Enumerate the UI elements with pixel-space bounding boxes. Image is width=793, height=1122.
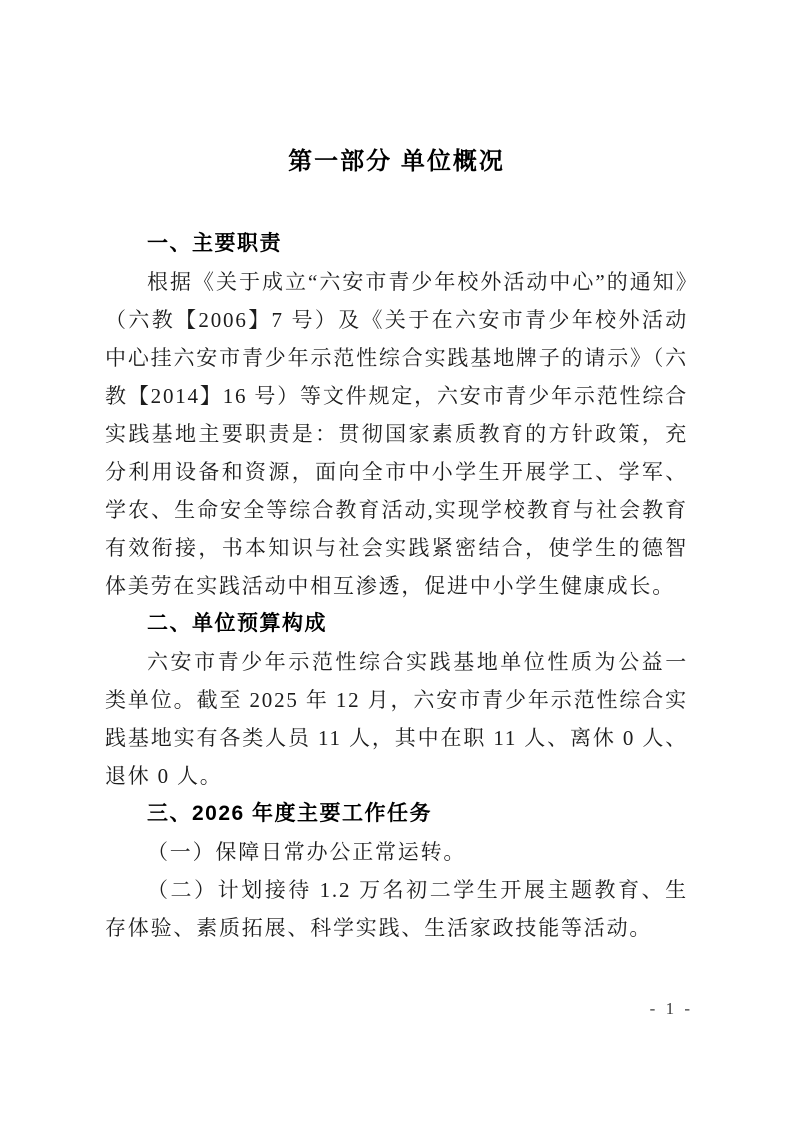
body-paragraph: 六安市青少年示范性综合实践基地单位性质为公益一类单位。截至 2025 年 12 … (105, 643, 688, 795)
page-number: - 1 - (650, 999, 693, 1019)
page-title: 第一部分 单位概况 (105, 146, 688, 178)
section-heading-main-duties: 一、主要职责 (105, 225, 688, 263)
document-page: 第一部分 单位概况 一、主要职责 根据《关于成立“六安市青少年校外活动中心”的通… (0, 0, 793, 1122)
section-work-tasks: 三、2026 年度主要工作任务 （一）保障日常办公正常运转。 （二）计划接待 1… (105, 795, 688, 947)
section-budget-composition: 二、单位预算构成 六安市青少年示范性综合实践基地单位性质为公益一类单位。截至 2… (105, 605, 688, 795)
section-heading-budget-composition: 二、单位预算构成 (105, 605, 688, 643)
body-paragraph: （二）计划接待 1.2 万名初二学生开展主题教育、生存体验、素质拓展、科学实践、… (105, 871, 688, 947)
body-paragraph: 根据《关于成立“六安市青少年校外活动中心”的通知》（六教【2006】7 号）及《… (105, 263, 688, 605)
section-main-duties: 一、主要职责 根据《关于成立“六安市青少年校外活动中心”的通知》（六教【2006… (105, 225, 688, 605)
body-paragraph: （一）保障日常办公正常运转。 (105, 833, 688, 871)
section-heading-work-tasks: 三、2026 年度主要工作任务 (105, 795, 688, 833)
page-content: 第一部分 单位概况 一、主要职责 根据《关于成立“六安市青少年校外活动中心”的通… (105, 146, 688, 947)
